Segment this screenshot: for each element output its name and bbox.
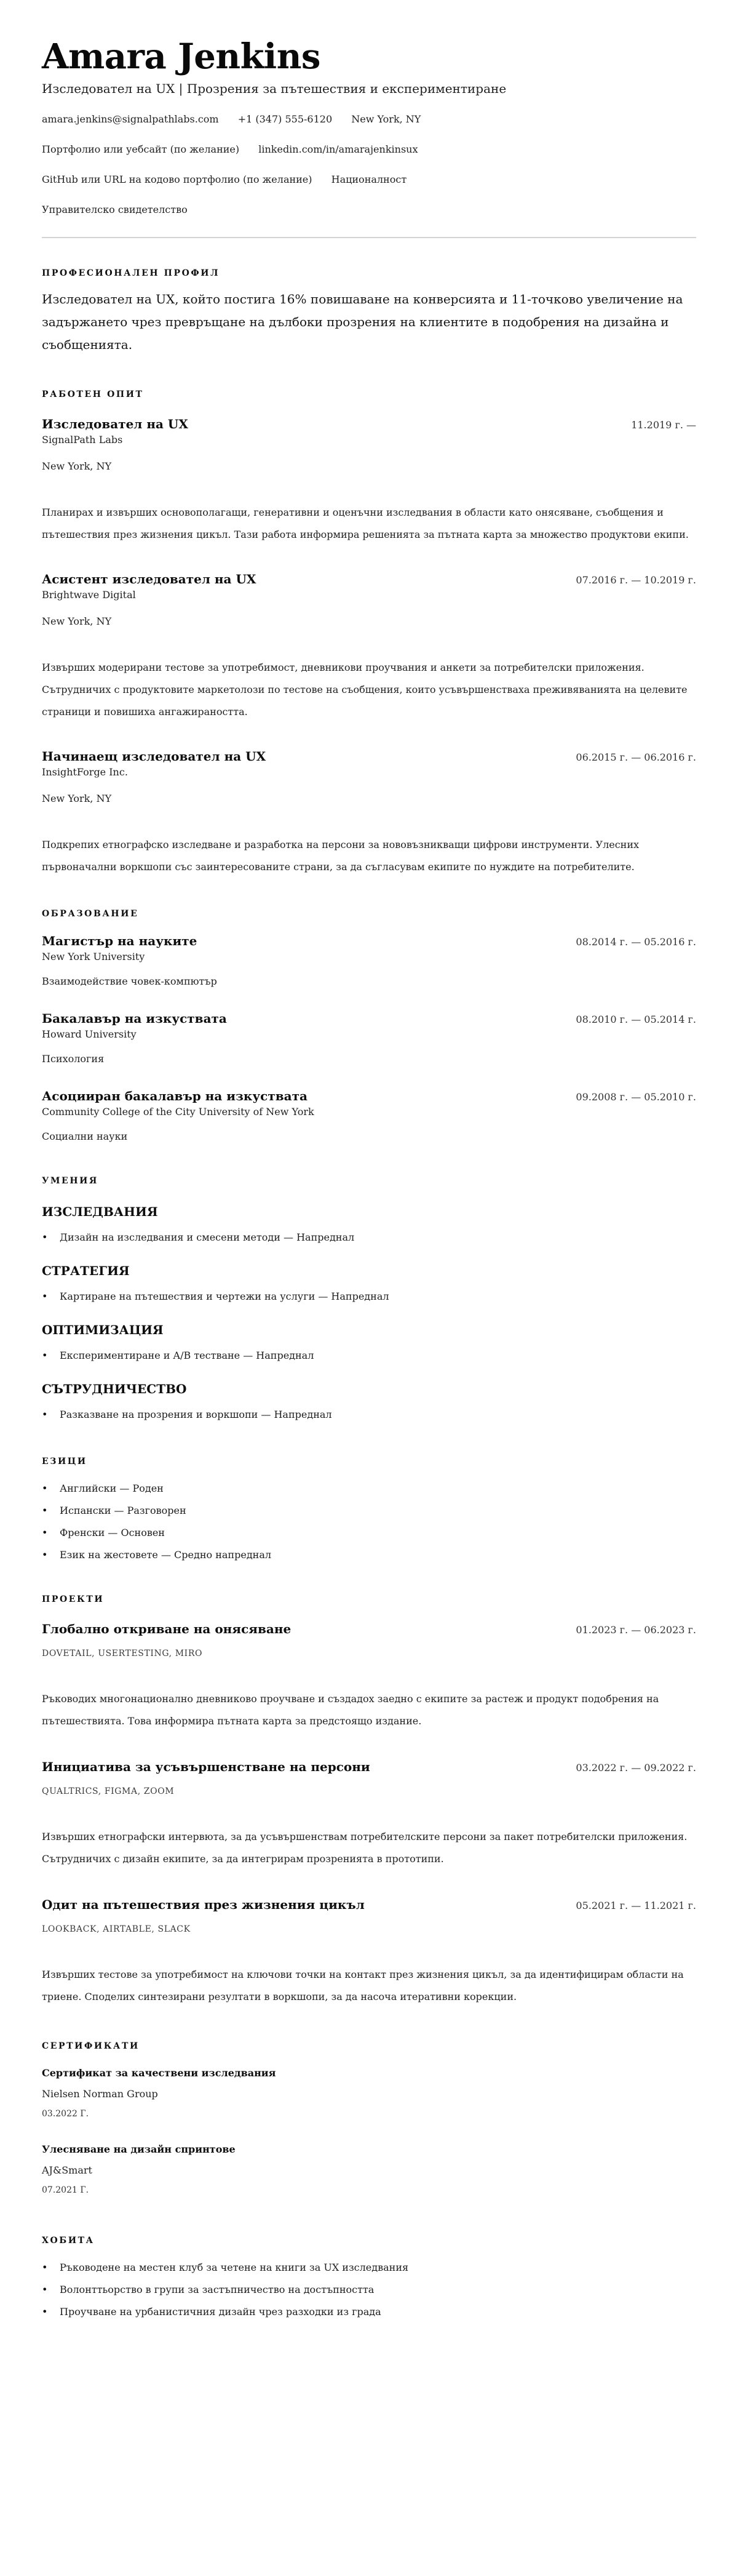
- section-title: Умения: [42, 1175, 696, 1187]
- degree-title: Магистър на науките: [42, 932, 197, 950]
- project-tools: Qualtrics, Figma, Zoom: [42, 1785, 696, 1798]
- skill-category-title: Сътрудничество: [42, 1380, 696, 1398]
- skill-item: Картиране на пътешествия и чертежи на ус…: [42, 1289, 696, 1304]
- skill-group: ОптимизацияЕкспериментиране и A/B тества…: [42, 1321, 696, 1363]
- education-dates: 08.2014 г. — 05.2016 г.: [576, 935, 696, 950]
- job-title: Изследовател на UX: [42, 415, 188, 433]
- degree-title: Асоцииран бакалавър на изкуствата: [42, 1087, 307, 1105]
- skill-items: Дизайн на изследвания и смесени методи —…: [42, 1230, 696, 1245]
- job-description: Извърших модерирани тестове за употребим…: [42, 657, 696, 723]
- section-title: Проекти: [42, 1593, 696, 1606]
- entry-header: Асистент изследовател на UX07.2016 г. — …: [42, 570, 696, 588]
- skill-item: Разказване на прозрения и воркшопи — Нап…: [42, 1407, 696, 1422]
- section-education: Образование Магистър на науките08.2014 г…: [42, 908, 696, 1144]
- language-item: Испански — Разговорен: [42, 1503, 696, 1518]
- section-hobbies: Хобита Ръководене на местен клуб за чете…: [42, 2234, 696, 2319]
- education-entry: Бакалавър на изкуствата08.2010 г. — 05.2…: [42, 1010, 696, 1066]
- languages-list: Английски — РоденИспански — РазговоренФр…: [42, 1481, 696, 1562]
- hobby-item: Ръководене на местен клуб за четене на к…: [42, 2260, 696, 2275]
- job-company: SignalPath Labs: [42, 433, 696, 447]
- certification-issuer: AJ&Smart: [42, 2163, 696, 2178]
- job-title: Начинаещ изследовател на UX: [42, 748, 266, 765]
- resume-page: Amara Jenkins Изследовател на UX | Прозр…: [0, 0, 738, 2356]
- project-title: Глобално откриване на онясяване: [42, 1620, 291, 1638]
- job-dates: 11.2019 г. —: [631, 418, 696, 433]
- certification-title: Улесняване на дизайн спринтове: [42, 2142, 696, 2157]
- field-of-study: Социални науки: [42, 1129, 696, 1144]
- project-title: Инициатива за усъвършенстване на персони: [42, 1758, 370, 1775]
- section-title: Хобита: [42, 2234, 696, 2247]
- language-item: Френски — Основен: [42, 1526, 696, 1540]
- section-title: Професионален профил: [42, 267, 696, 279]
- section-title: Сертификати: [42, 2040, 696, 2052]
- entry-header: Начинаещ изследовател на UX06.2015 г. — …: [42, 748, 696, 765]
- job-company: Brightwave Digital: [42, 588, 696, 602]
- project-dates: 01.2023 г. — 06.2023 г.: [576, 1623, 696, 1638]
- language-item: Английски — Роден: [42, 1481, 696, 1496]
- education-list: Магистър на науките08.2014 г. — 05.2016 …: [42, 932, 696, 1144]
- entry-header: Магистър на науките08.2014 г. — 05.2016 …: [42, 932, 696, 950]
- language-item: Език на жестовете — Средно напреднал: [42, 1548, 696, 1562]
- certification-entry: Сертификат за качествени изследванияNiel…: [42, 2066, 696, 2120]
- work-list: Изследовател на UX11.2019 г. —SignalPath…: [42, 415, 696, 878]
- hobby-item: Проучване на урбанистичния дизайн чрез р…: [42, 2305, 696, 2319]
- skill-item: Дизайн на изследвания и смесени методи —…: [42, 1230, 696, 1245]
- certification-entry: Улесняване на дизайн спринтовеAJ&Smart07…: [42, 2142, 696, 2196]
- field-of-study: Психология: [42, 1052, 696, 1066]
- skill-category-title: Изследвания: [42, 1203, 696, 1220]
- education-entry: Магистър на науките08.2014 г. — 05.2016 …: [42, 932, 696, 989]
- section-work-experience: Работен опит Изследовател на UX11.2019 г…: [42, 388, 696, 878]
- project-dates: 05.2021 г. — 11.2021 г.: [576, 1898, 696, 1913]
- skills-list: ИзследванияДизайн на изследвания и смесе…: [42, 1203, 696, 1422]
- certifications-list: Сертификат за качествени изследванияNiel…: [42, 2066, 696, 2196]
- project-dates: 03.2022 г. — 09.2022 г.: [576, 1761, 696, 1775]
- entry-header: Изследовател на UX11.2019 г. —: [42, 415, 696, 433]
- skill-group: ИзследванияДизайн на изследвания и смесе…: [42, 1203, 696, 1245]
- project-description: Извърших етнографски интервюта, за да ус…: [42, 1826, 696, 1870]
- skill-category-title: Стратегия: [42, 1262, 696, 1279]
- contact-row: Управителско свидетелство: [42, 202, 696, 233]
- entry-header: Глобално откриване на онясяване01.2023 г…: [42, 1620, 696, 1638]
- candidate-headline: Изследовател на UX | Прозрения за пътеше…: [42, 80, 696, 97]
- project-entry: Глобално откриване на онясяване01.2023 г…: [42, 1620, 696, 1732]
- skill-items: Експериментиране и A/B тестване — Напред…: [42, 1348, 696, 1363]
- school-name: Community College of the City University…: [42, 1105, 696, 1119]
- education-entry: Асоцииран бакалавър на изкуствата09.2008…: [42, 1087, 696, 1144]
- profile-summary: Изследовател на UX, който постига 16% по…: [42, 288, 696, 356]
- work-entry: Асистент изследовател на UX07.2016 г. — …: [42, 570, 696, 723]
- contact-linkedin[interactable]: linkedin.com/in/amarajenkinsux: [258, 143, 418, 155]
- header-divider: [42, 237, 696, 238]
- certification-date: 07.2021 г.: [42, 2184, 696, 2196]
- project-entry: Одит на пътешествия през жизнения цикъл0…: [42, 1896, 696, 2008]
- section-languages: Езици Английски — РоденИспански — Разгов…: [42, 1455, 696, 1562]
- job-description: Подкрепих етнографско изследване и разра…: [42, 834, 696, 878]
- school-name: Howard University: [42, 1027, 696, 1042]
- contact-row: amara.jenkins@signalpathlabs.com +1 (347…: [42, 112, 696, 142]
- education-dates: 09.2008 г. — 05.2010 г.: [576, 1090, 696, 1105]
- skill-group: СтратегияКартиране на пътешествия и черт…: [42, 1262, 696, 1304]
- hobbies-list: Ръководене на местен клуб за четене на к…: [42, 2260, 696, 2319]
- work-entry: Изследовател на UX11.2019 г. —SignalPath…: [42, 415, 696, 546]
- job-dates: 06.2015 г. — 06.2016 г.: [576, 750, 696, 765]
- project-entry: Инициатива за усъвършенстване на персони…: [42, 1758, 696, 1870]
- entry-header: Бакалавър на изкуствата08.2010 г. — 05.2…: [42, 1010, 696, 1027]
- job-company: InsightForge Inc.: [42, 765, 696, 780]
- project-title: Одит на пътешествия през жизнения цикъл: [42, 1896, 365, 1913]
- job-title: Асистент изследовател на UX: [42, 570, 256, 588]
- project-tools: Lookback, Airtable, Slack: [42, 1923, 696, 1935]
- contact-nationality: Националност: [331, 174, 407, 185]
- section-skills: Умения ИзследванияДизайн на изследвания …: [42, 1175, 696, 1422]
- contact-github[interactable]: GitHub или URL на кодово портфолио (по ж…: [42, 174, 312, 185]
- job-location: New York, NY: [42, 791, 696, 806]
- contact-email[interactable]: amara.jenkins@signalpathlabs.com: [42, 113, 219, 125]
- certification-date: 03.2022 г.: [42, 2108, 696, 2120]
- entry-header: Инициатива за усъвършенстване на персони…: [42, 1758, 696, 1775]
- project-description: Ръководих многонационално дневниково про…: [42, 1688, 696, 1732]
- project-tools: Dovetail, UserTesting, Miro: [42, 1647, 696, 1660]
- projects-list: Глобално откриване на онясяване01.2023 г…: [42, 1620, 696, 2008]
- skill-group: СътрудничествоРазказване на прозрения и …: [42, 1380, 696, 1422]
- work-entry: Начинаещ изследовател на UX06.2015 г. — …: [42, 748, 696, 878]
- job-location: New York, NY: [42, 459, 696, 474]
- contact-location: New York, NY: [351, 113, 421, 125]
- hobby-item: Волонттьорство в групи за застъпничество…: [42, 2282, 696, 2297]
- contact-driving-license: Управителско свидетелство: [42, 204, 188, 215]
- education-dates: 08.2010 г. — 05.2014 г.: [576, 1012, 696, 1027]
- section-projects: Проекти Глобално откриване на онясяване0…: [42, 1593, 696, 2008]
- contact-row: GitHub или URL на кодово портфолио (по ж…: [42, 172, 696, 202]
- candidate-name: Amara Jenkins: [42, 36, 696, 78]
- degree-title: Бакалавър на изкуствата: [42, 1010, 227, 1027]
- section-certifications: Сертификати Сертификат за качествени изс…: [42, 2040, 696, 2196]
- job-location: New York, NY: [42, 614, 696, 629]
- job-dates: 07.2016 г. — 10.2019 г.: [576, 573, 696, 588]
- section-title: Образование: [42, 908, 696, 920]
- entry-header: Одит на пътешествия през жизнения цикъл0…: [42, 1896, 696, 1913]
- certification-title: Сертификат за качествени изследвания: [42, 2066, 696, 2081]
- section-title: Езици: [42, 1455, 696, 1468]
- job-description: Планирах и извърших основополагащи, гене…: [42, 502, 696, 546]
- resume-header: Amara Jenkins Изследовател на UX | Прозр…: [42, 36, 696, 238]
- skill-item: Експериментиране и A/B тестване — Напред…: [42, 1348, 696, 1363]
- contact-phone[interactable]: +1 (347) 555-6120: [238, 113, 332, 125]
- contact-portfolio[interactable]: Портфолио или уебсайт (по желание): [42, 143, 239, 155]
- field-of-study: Взаимодействие човек-компютър: [42, 974, 696, 989]
- skill-items: Разказване на прозрения и воркшопи — Нап…: [42, 1407, 696, 1422]
- skill-category-title: Оптимизация: [42, 1321, 696, 1338]
- contact-block: amara.jenkins@signalpathlabs.com +1 (347…: [42, 112, 696, 233]
- contact-row: Портфолио или уебсайт (по желание) linke…: [42, 142, 696, 172]
- certification-issuer: Nielsen Norman Group: [42, 2087, 696, 2102]
- project-description: Извърших тестове за употребимост на ключ…: [42, 1964, 696, 2008]
- school-name: New York University: [42, 950, 696, 964]
- entry-header: Асоцииран бакалавър на изкуствата09.2008…: [42, 1087, 696, 1105]
- skill-items: Картиране на пътешествия и чертежи на ус…: [42, 1289, 696, 1304]
- section-title: Работен опит: [42, 388, 696, 401]
- section-profile: Професионален профил Изследовател на UX,…: [42, 267, 696, 356]
